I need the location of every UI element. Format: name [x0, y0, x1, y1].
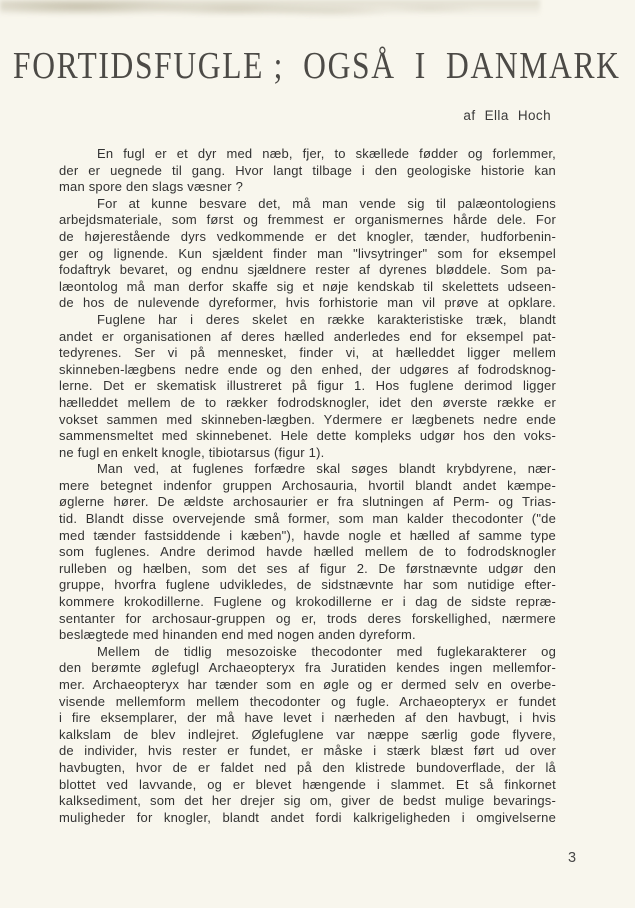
text-line: mere betegnet indenfor gruppen Archosaur…	[59, 478, 556, 495]
byline: af Ella Hoch	[463, 108, 551, 123]
text-line: sammensmeltet med skinnebenet. Hele dett…	[59, 428, 556, 445]
text-line: de højerestående dyrs vedkommende er det…	[59, 229, 556, 246]
text-line: lerne. Det er skematisk illustreret på f…	[59, 378, 556, 395]
text-line: muligheder for knogler, blandt andet for…	[59, 810, 556, 827]
text-line: Mellem de tidlig mesozoiske thecodonter …	[59, 644, 556, 661]
text-line: ne fugl en enkelt knogle, tibiotarsus (f…	[59, 445, 556, 462]
text-line: hælleddet mellem de to rækker fodrodskno…	[59, 395, 556, 412]
text-line: tid. Blandt disse overvejende små former…	[59, 511, 556, 528]
page-number: 3	[568, 850, 577, 866]
text-line: rulleben og hælben, som det ses af figur…	[59, 561, 556, 578]
body-text: En fugl er et dyr med næb, fjer, to skæl…	[59, 146, 556, 826]
text-line: med tænder fastsiddende i kæben"), havde…	[59, 528, 556, 545]
text-line: kalksediment, som det her drejer sig om,…	[59, 793, 556, 810]
text-line: tedyrenes. Ser vi på mennesket, finder v…	[59, 345, 556, 362]
text-line: kalkslam de blev indlejret. Øglefuglene …	[59, 727, 556, 744]
text-line: beslægtede med hinanden end med nogen an…	[59, 627, 556, 644]
text-line: Man ved, at fuglenes forfædre skal søges…	[59, 461, 556, 478]
text-line: de individer, hvis rester er fundet, er …	[59, 743, 556, 760]
text-line: skinneben-lægbens nedre ende og den enhe…	[59, 362, 556, 379]
text-line: de hos de nulevende dyreformer, hvis for…	[59, 295, 556, 312]
document-page: FORTIDSFUGLE ; OGSÅ I DANMARK af Ella Ho…	[0, 0, 635, 908]
text-line: En fugl er et dyr med næb, fjer, to skæl…	[59, 146, 556, 163]
text-line: der er uegnede til gang. Hvor langt tilb…	[59, 163, 556, 180]
text-line: visende mellemform mellem thecodonter og…	[59, 694, 556, 711]
text-line: andet er organisationen af deres hælled …	[59, 329, 556, 346]
text-line: fodaftryk bevaret, og endnu sjældnere re…	[59, 262, 556, 279]
text-line: blottet ved lavvande, og er blevet hænge…	[59, 777, 556, 794]
text-line: den berømte øglefugl Archaeopteryx fra J…	[59, 660, 556, 677]
text-line: vokset sammen med skinneben-lægben. Yder…	[59, 412, 556, 429]
text-line: arbejdsmateriale, som først og fremmest …	[59, 212, 556, 229]
text-line: kommere krokodillerne. Fuglene og krokod…	[59, 594, 556, 611]
text-line: gruppe, hvorfra fuglene udvikledes, de s…	[59, 577, 556, 594]
text-line: mer. Archaeopteryx har tænder som en øgl…	[59, 677, 556, 694]
text-line: i fire eksemplarer, der må have levet i …	[59, 710, 556, 727]
text-line: havbugten, hvor de er faldet ned på den …	[59, 760, 556, 777]
text-line: Fuglene har i deres skelet en række kara…	[59, 312, 556, 329]
text-line: som fuglenes. Andre derimod havde hælled…	[59, 544, 556, 561]
article-title: FORTIDSFUGLE ; OGSÅ I DANMARK	[13, 44, 621, 88]
text-line: For at kunne besvare det, må man vende s…	[59, 196, 556, 213]
text-line: ger og lignende. Kun sjældent finder man…	[59, 246, 556, 263]
text-line: læontolog må man derfor skaffe sig et nø…	[59, 279, 556, 296]
text-line: øglerne hører. De ældste archosaurier er…	[59, 494, 556, 511]
text-line: man spore den slags væsner ?	[59, 179, 556, 196]
scan-smudge-artifact	[0, 0, 540, 26]
text-line: sentanter for archosaur-gruppen og er, t…	[59, 611, 556, 628]
